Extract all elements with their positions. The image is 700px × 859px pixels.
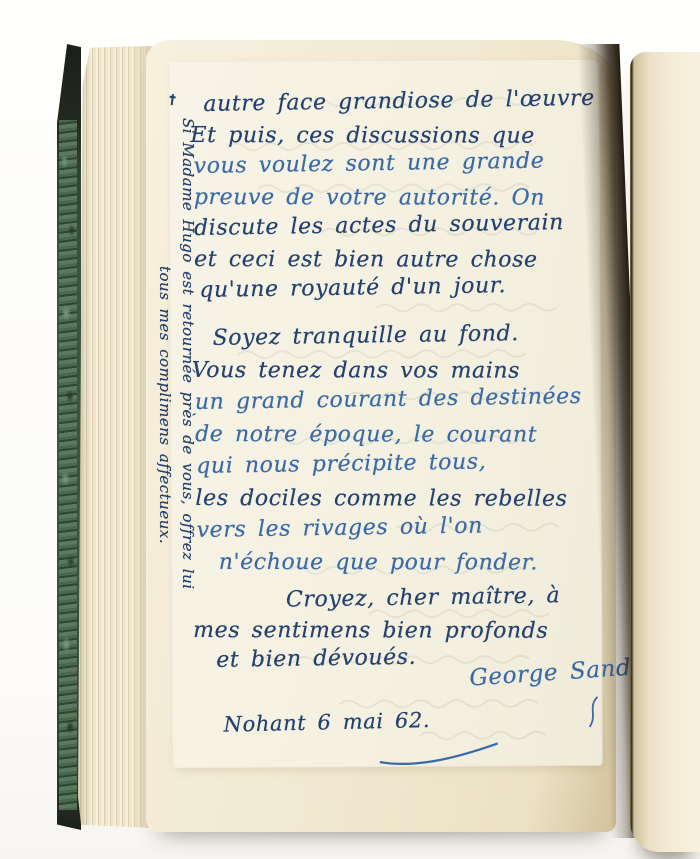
margin-note: Si Madame Hugo est retournée près de vou…: [153, 118, 199, 703]
open-book-photo: autre face grandiose de l'œuvre Et puis,…: [0, 0, 700, 859]
right-page: [630, 52, 700, 852]
margin-note-line: Si Madame Hugo est retournée près de vou…: [176, 118, 199, 703]
dateline: Nohant 6 mai 62.: [223, 708, 430, 737]
letter-line: vers les rivages où l'on: [196, 509, 582, 547]
margin-note-line: tous mes complimens affectueux.: [153, 118, 176, 703]
marbled-board-edge: [59, 120, 77, 810]
page-edges-fan: [78, 46, 154, 828]
letter-line: un grand courant des destinées: [195, 381, 582, 419]
letter-line: autre face grandiose de l'œuvre: [203, 83, 595, 120]
book-cover-edge: [57, 44, 81, 830]
letter-line: n'échoue que pour fonder.: [219, 547, 583, 580]
signature-flourish: [581, 695, 603, 731]
letter-paragraph-2: Soyez tranquille au fond. Vous tenez dan…: [192, 321, 583, 579]
letter-line: qui nous précipite tous,: [196, 445, 582, 483]
letter-paragraph-1: autre face grandiose de l'œuvre Et puis,…: [190, 87, 596, 306]
letter-line: Croyez, cher maître, à: [286, 581, 561, 615]
letter-line: qu'une royauté d'un jour.: [199, 269, 596, 306]
date-flourish: [374, 737, 504, 766]
letter-line: discute les actes du souverain: [194, 207, 596, 244]
letter-line: vous voulez sont une grande: [193, 145, 595, 182]
manuscript-letter: autre face grandiose de l'œuvre Et puis,…: [170, 61, 602, 767]
letter-line: Soyez tranquille au fond.: [212, 317, 581, 355]
